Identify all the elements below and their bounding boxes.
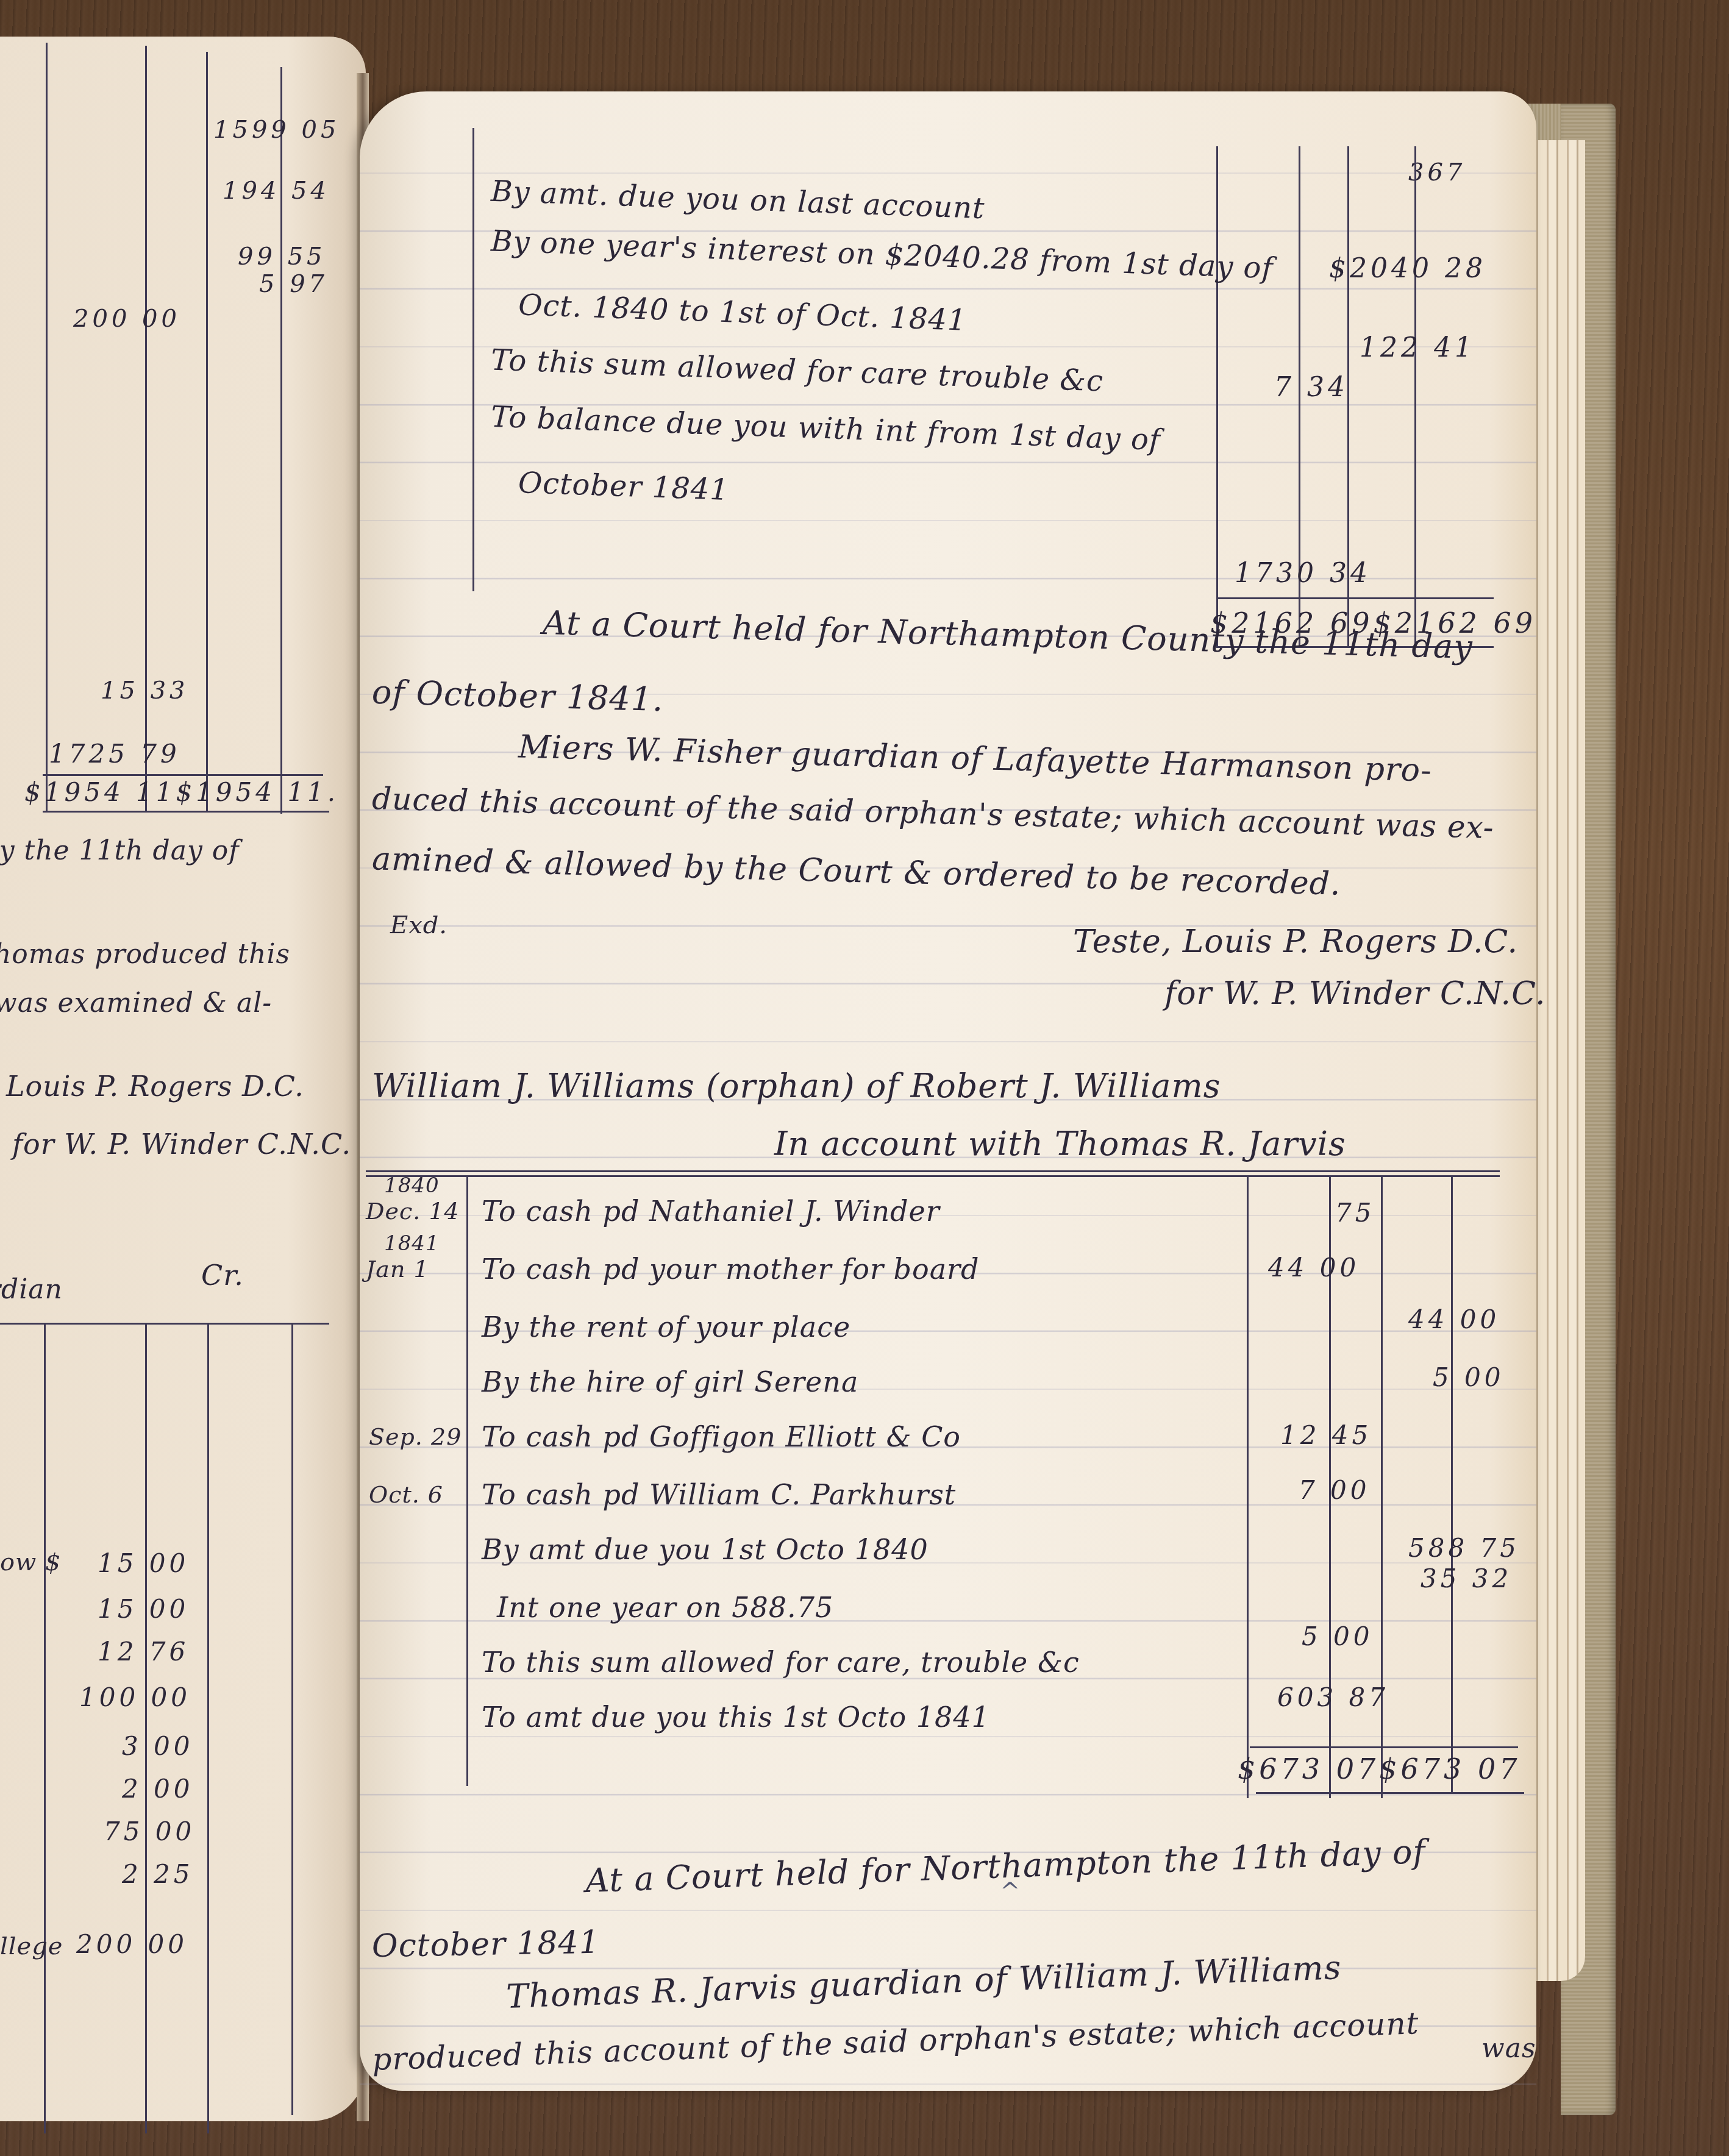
entry-description: Int one year on 588.75: [497, 1591, 833, 1624]
left-total: $1954 11$1954 11.: [24, 777, 339, 807]
entry-description: To cash pd William C. Parkhurst: [482, 1478, 956, 1511]
total-rule: [1216, 597, 1494, 599]
entry-date: Sep. 29: [369, 1423, 462, 1450]
debit-amount: 7 34: [1274, 372, 1349, 403]
account-title: William J. Williams (orphan) of Robert J…: [372, 1067, 1221, 1105]
left-text-fragment: Louis P. Rogers D.C.: [6, 1070, 304, 1103]
entry-description: By amt due you 1st Octo 1840: [482, 1533, 929, 1566]
left-text-fragment: for W. P. Winder C.N.C.: [12, 1128, 351, 1161]
total-rule: [1250, 1746, 1518, 1748]
entry-description: By the hire of girl Serena: [482, 1365, 858, 1398]
column-rule: [1414, 146, 1416, 646]
entry-date: Dec. 14: [366, 1198, 460, 1225]
total-rule: [43, 774, 323, 776]
right-page: 367 By amt. due you on last account By o…: [360, 91, 1536, 2091]
debit-amount: 1730 34: [1235, 558, 1371, 589]
column-rule: [1247, 1176, 1249, 1798]
left-amount: 5 97: [259, 270, 328, 298]
entry-year: 1841: [384, 1231, 440, 1256]
left-text-fragment: ty the 11th day of: [0, 835, 240, 866]
entry-description: To cash pd your mother for board: [482, 1253, 980, 1286]
account2-totals: $673 07$673 07: [1238, 1752, 1521, 1785]
column-rule: [1451, 1176, 1453, 1792]
debit-amount: 44 00: [1268, 1253, 1360, 1283]
left-amount: 3 00: [122, 1731, 194, 1761]
credit-amount: 44 00: [1408, 1304, 1500, 1334]
entry-date: Oct. 6: [369, 1481, 443, 1508]
court-text: was: [1481, 2033, 1536, 2064]
left-amount: 99 55: [238, 243, 326, 271]
column-rule: [207, 1323, 209, 2133]
entry-description: By the rent of your place: [482, 1311, 850, 1343]
entry-description: To cash pd Nathaniel J. Winder: [482, 1195, 940, 1228]
left-text-fragment: rdian: [0, 1274, 63, 1305]
entry-year: 1840: [384, 1173, 440, 1198]
column-rule: [145, 1323, 147, 2133]
debit-amount: 5 00: [1302, 1621, 1374, 1651]
left-amount: 15 33: [101, 677, 189, 705]
left-page: 1599 05 194 54 99 55 5 97 200 00 15 33 1…: [0, 37, 366, 2121]
debit-amount: 7 00: [1299, 1475, 1371, 1505]
credit-amount: 5 00: [1433, 1362, 1505, 1392]
credit-amount: 35 32: [1421, 1564, 1512, 1593]
debit-amount: 12 45: [1280, 1420, 1372, 1450]
credit-amount: $2040 28: [1329, 253, 1486, 284]
clerk-signature: for W. P. Winder C.N.C.: [1164, 975, 1546, 1012]
left-amount: 194 54: [223, 177, 330, 205]
debit-cents: 75: [1335, 1198, 1375, 1228]
date-column-rule: [466, 1176, 468, 1786]
account-header-rule: [366, 1170, 1500, 1172]
entry-description: To amt due you this 1st Octo 1841: [482, 1701, 990, 1734]
left-amount: 15 00: [98, 1548, 189, 1578]
examined-note: Exd.: [390, 911, 447, 939]
total-rule: [1256, 1792, 1524, 1794]
left-amount: 75 00: [104, 1816, 195, 1846]
entry-date: Jan 1: [366, 1256, 429, 1283]
left-amount: 100 00: [79, 1682, 191, 1712]
margin-rule: [472, 128, 474, 591]
left-amount: 12 76: [98, 1637, 189, 1667]
left-text-fragment: ow $: [0, 1548, 61, 1576]
left-text-fragment: homas produced this: [0, 939, 290, 970]
caret-insertion-mark: ^: [1000, 1877, 1021, 1905]
total-rule: [43, 811, 329, 813]
credit-amount: 588 75: [1408, 1533, 1520, 1563]
court-text: October 1841: [372, 1924, 601, 1965]
left-amount: 2 00: [122, 1774, 194, 1804]
account-header-rule: [0, 1323, 329, 1325]
debit-amount: 603 87: [1277, 1682, 1389, 1712]
left-amount: 1725 79: [49, 739, 180, 769]
court-text: of October 1841.: [371, 673, 664, 719]
credit-column-label: Cr.: [201, 1259, 244, 1292]
column-rule: [44, 1323, 46, 2133]
entry-description: To cash pd Goffigon Elliott & Co: [482, 1420, 961, 1453]
left-amount: 200 00: [73, 305, 180, 333]
left-text-fragment: was examined & al-: [0, 987, 272, 1019]
credit-amount: 122 41: [1360, 332, 1475, 363]
column-rule: [291, 1323, 293, 2115]
entry-description: To this sum allowed for care, trouble &c: [482, 1646, 1080, 1679]
account-subtitle: In account with Thomas R. Jarvis: [774, 1125, 1346, 1163]
left-text-fragment: llege: [0, 1932, 63, 1960]
left-amount: 1599 05: [213, 116, 340, 144]
clerk-signature: Teste, Louis P. Rogers D.C.: [1073, 923, 1518, 960]
column-rule: [1216, 146, 1218, 646]
left-amount: 15 00: [98, 1594, 189, 1624]
column-rule: [46, 43, 48, 811]
left-amount: 2 25: [122, 1859, 194, 1889]
column-rule: [206, 52, 208, 811]
page-number: 367: [1408, 158, 1466, 187]
left-amount: 200 00: [76, 1929, 188, 1959]
